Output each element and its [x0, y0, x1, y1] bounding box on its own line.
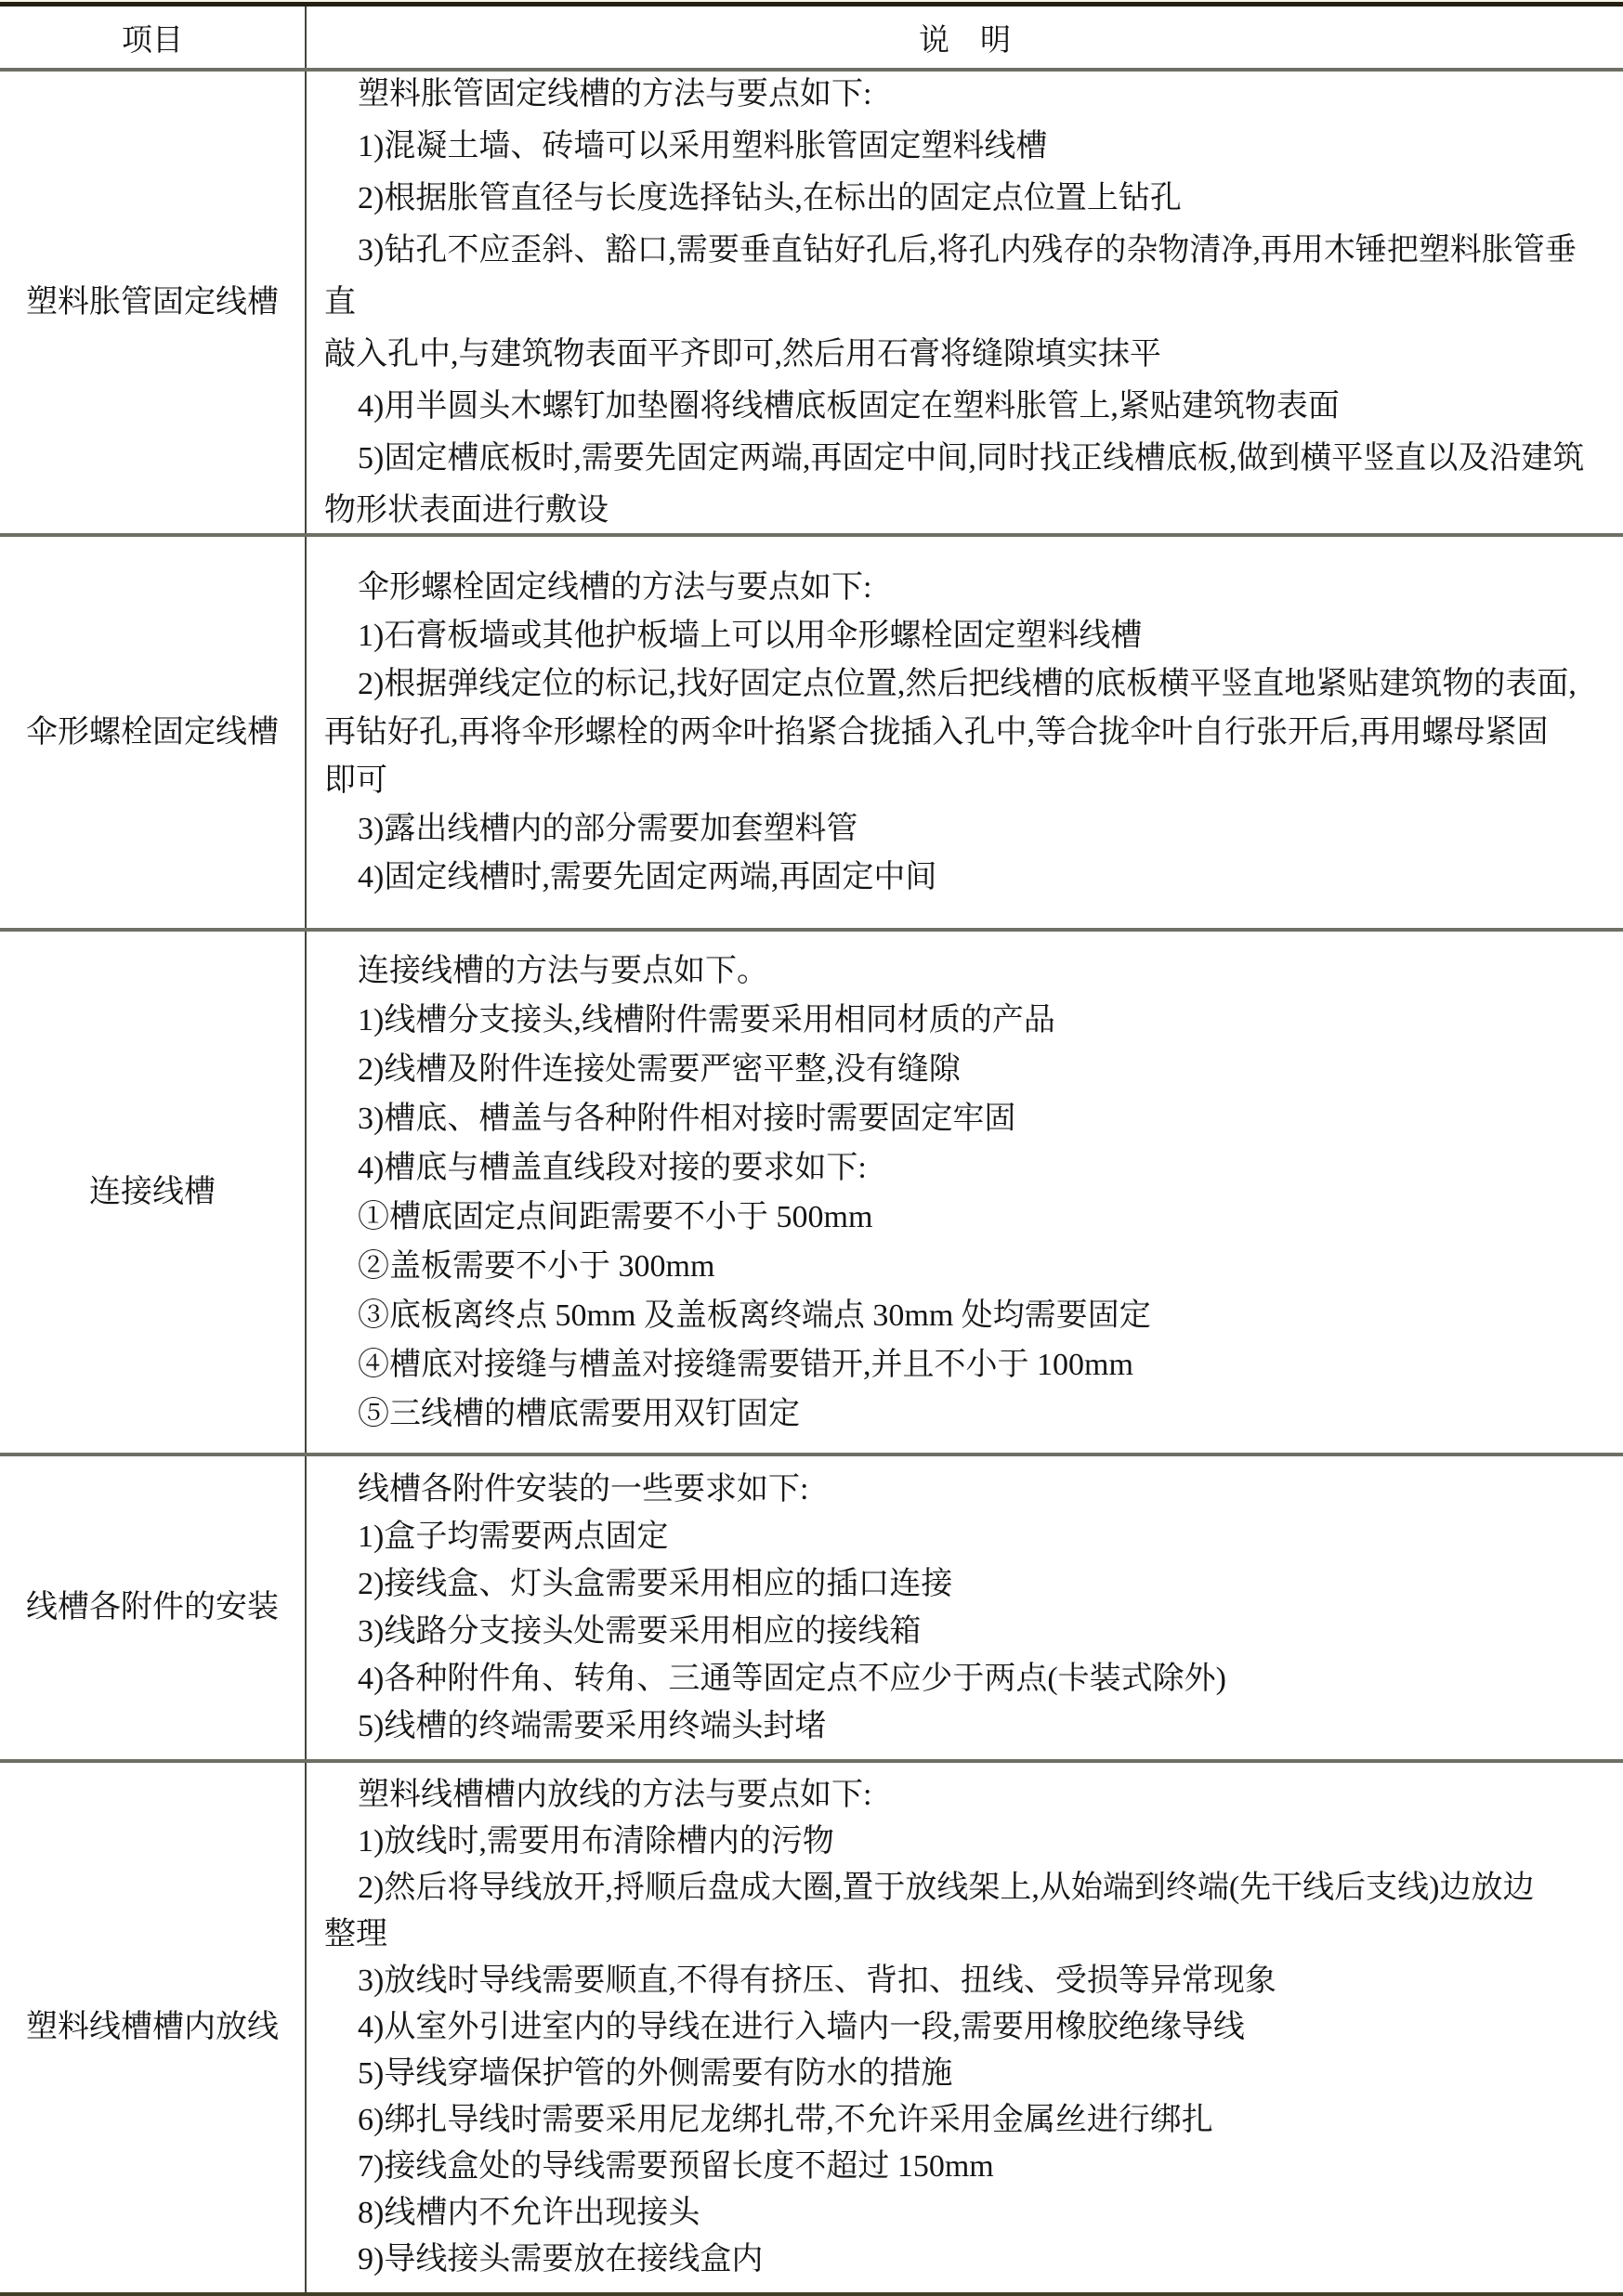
description-cell: 塑料胀管固定线槽的方法与要点如下:1)混凝土墙、砖墙可以采用塑料胀管固定塑料线槽…	[307, 72, 1623, 533]
description-line: 1)盒子均需要两点固定	[324, 1513, 1595, 1560]
item-label: 线槽各附件的安装	[26, 1585, 279, 1630]
item-label: 伞形螺栓固定线槽	[26, 711, 279, 755]
description-line: 2)然后将导线放开,捋顺后盘成大圈,置于放线架上,从始端到终端(先干线后支线)边…	[324, 1865, 1595, 1911]
description-line: 整理	[324, 1911, 1595, 1958]
table-row: 塑料胀管固定线槽塑料胀管固定线槽的方法与要点如下:1)混凝土墙、砖墙可以采用塑料…	[0, 72, 1623, 537]
description-line: 再钻好孔,再将伞形螺栓的两伞叶掐紧合拢插入孔中,等合拢伞叶自行张开后,再用螺母紧…	[324, 709, 1595, 757]
description-line: 塑料线槽槽内放线的方法与要点如下:	[324, 1772, 1595, 1819]
description-line: ④槽底对接缝与槽盖对接缝需要错开,并且不小于 100mm	[324, 1340, 1595, 1389]
table-body: 塑料胀管固定线槽塑料胀管固定线槽的方法与要点如下:1)混凝土墙、砖墙可以采用塑料…	[0, 72, 1623, 2292]
description-line: 9)导线接头需要放在接线盒内	[324, 2237, 1595, 2283]
description-line: 3)露出线槽内的部分需要加套塑料管	[324, 805, 1595, 854]
item-cell: 塑料线槽槽内放线	[0, 1763, 307, 2292]
spec-table: 项目 说 明 塑料胀管固定线槽塑料胀管固定线槽的方法与要点如下:1)混凝土墙、砖…	[0, 2, 1623, 2296]
item-cell: 线槽各附件的安装	[0, 1456, 307, 1759]
description-line: 3)槽底、槽盖与各种附件相对接时需要固定牢固	[324, 1094, 1595, 1143]
document-page: 项目 说 明 塑料胀管固定线槽塑料胀管固定线槽的方法与要点如下:1)混凝土墙、砖…	[0, 0, 1623, 2296]
description-line: 3)放线时导线需要顺直,不得有挤压、背扣、扭线、受损等异常现象	[324, 1958, 1595, 2004]
description-line: 线槽各附件安装的一些要求如下:	[324, 1466, 1595, 1513]
description-line: 敲入孔中,与建筑物表面平齐即可,然后用石膏将缝隙填实抹平	[324, 329, 1595, 381]
description-line: 塑料胀管固定线槽的方法与要点如下:	[324, 69, 1595, 121]
column-header-description-label: 说 明	[919, 16, 1011, 59]
description-line: 5)导线穿墙保护管的外侧需要有防水的措施	[324, 2051, 1595, 2097]
description-line: 1)石膏板墙或其他护板墙上可以用伞形螺栓固定塑料线槽	[324, 612, 1595, 660]
description-line: ⑤三线槽的槽底需要用双钉固定	[324, 1389, 1595, 1439]
description-line: 4)各种附件角、转角、三通等固定点不应少于两点(卡装式除外)	[324, 1655, 1595, 1702]
description-line: 4)槽底与槽盖直线段对接的要求如下:	[324, 1143, 1595, 1193]
description-line: 5)固定槽底板时,需要先固定两端,再固定中间,同时找正线槽底板,做到横平竖直以及…	[324, 433, 1595, 485]
column-header-item: 项目	[0, 7, 307, 68]
description-cell: 连接线槽的方法与要点如下。1)线槽分支接头,线槽附件需要采用相同材质的产品2)线…	[307, 932, 1623, 1453]
description-line: 2)接线盒、灯头盒需要采用相应的插口连接	[324, 1560, 1595, 1608]
description-line: 7)接线盒处的导线需要预留长度不超过 150mm	[324, 2144, 1595, 2190]
description-line: 连接线槽的方法与要点如下。	[324, 946, 1595, 996]
description-line: 6)绑扎导线时需要采用尼龙绑扎带,不允许采用金属丝进行绑扎	[324, 2097, 1595, 2144]
description-line: 2)线槽及附件连接处需要严密平整,没有缝隙	[324, 1045, 1595, 1094]
table-header-row: 项目 说 明	[0, 7, 1623, 72]
table-row: 伞形螺栓固定线槽伞形螺栓固定线槽的方法与要点如下:1)石膏板墙或其他护板墙上可以…	[0, 537, 1623, 932]
description-cell: 塑料线槽槽内放线的方法与要点如下:1)放线时,需要用布清除槽内的污物2)然后将导…	[307, 1763, 1623, 2292]
item-cell: 连接线槽	[0, 932, 307, 1453]
table-row: 塑料线槽槽内放线塑料线槽槽内放线的方法与要点如下:1)放线时,需要用布清除槽内的…	[0, 1763, 1623, 2292]
description-line: 3)钻孔不应歪斜、豁口,需要垂直钻好孔后,将孔内残存的杂物清净,再用木锤把塑料胀…	[324, 225, 1595, 329]
description-line: 伞形螺栓固定线槽的方法与要点如下:	[324, 564, 1595, 612]
description-line: 4)固定线槽时,需要先固定两端,再固定中间	[324, 854, 1595, 902]
description-cell: 伞形螺栓固定线槽的方法与要点如下:1)石膏板墙或其他护板墙上可以用伞形螺栓固定塑…	[307, 537, 1623, 928]
description-cell: 线槽各附件安装的一些要求如下:1)盒子均需要两点固定2)接线盒、灯头盒需要采用相…	[307, 1456, 1623, 1759]
description-line: 8)线槽内不允许出现接头	[324, 2190, 1595, 2237]
table-row: 连接线槽连接线槽的方法与要点如下。1)线槽分支接头,线槽附件需要采用相同材质的产…	[0, 932, 1623, 1456]
item-label: 连接线槽	[89, 1170, 216, 1215]
description-line: 4)用半圆头木螺钉加垫圈将线槽底板固定在塑料胀管上,紧贴建筑物表面	[324, 381, 1595, 433]
column-header-description: 说 明	[307, 7, 1623, 68]
description-line: 1)混凝土墙、砖墙可以采用塑料胀管固定塑料线槽	[324, 121, 1595, 173]
description-line: ①槽底固定点间距需要不小于 500mm	[324, 1193, 1595, 1242]
description-line: ③底板离终点 50mm 及盖板离终端点 30mm 处均需要固定	[324, 1291, 1595, 1340]
column-header-item-label: 项目	[122, 16, 183, 59]
table-row: 线槽各附件的安装线槽各附件安装的一些要求如下:1)盒子均需要两点固定2)接线盒、…	[0, 1456, 1623, 1763]
description-line: 5)线槽的终端需要采用终端头封堵	[324, 1702, 1595, 1750]
item-cell: 伞形螺栓固定线槽	[0, 537, 307, 928]
description-line: 1)放线时,需要用布清除槽内的污物	[324, 1819, 1595, 1865]
description-line: ②盖板需要不小于 300mm	[324, 1242, 1595, 1291]
description-line: 3)线路分支接头处需要采用相应的接线箱	[324, 1608, 1595, 1655]
description-line: 2)根据胀管直径与长度选择钻头,在标出的固定点位置上钻孔	[324, 173, 1595, 225]
description-line: 1)线槽分支接头,线槽附件需要采用相同材质的产品	[324, 996, 1595, 1045]
description-line: 物形状表面进行敷设	[324, 485, 1595, 537]
description-line: 即可	[324, 757, 1595, 805]
item-label: 塑料胀管固定线槽	[26, 280, 279, 325]
description-line: 4)从室外引进室内的导线在进行入墙内一段,需要用橡胶绝缘导线	[324, 2004, 1595, 2051]
item-label: 塑料线槽槽内放线	[26, 2005, 279, 2050]
description-line: 2)根据弹线定位的标记,找好固定点位置,然后把线槽的底板横平竖直地紧贴建筑物的表…	[324, 660, 1595, 709]
item-cell: 塑料胀管固定线槽	[0, 72, 307, 533]
